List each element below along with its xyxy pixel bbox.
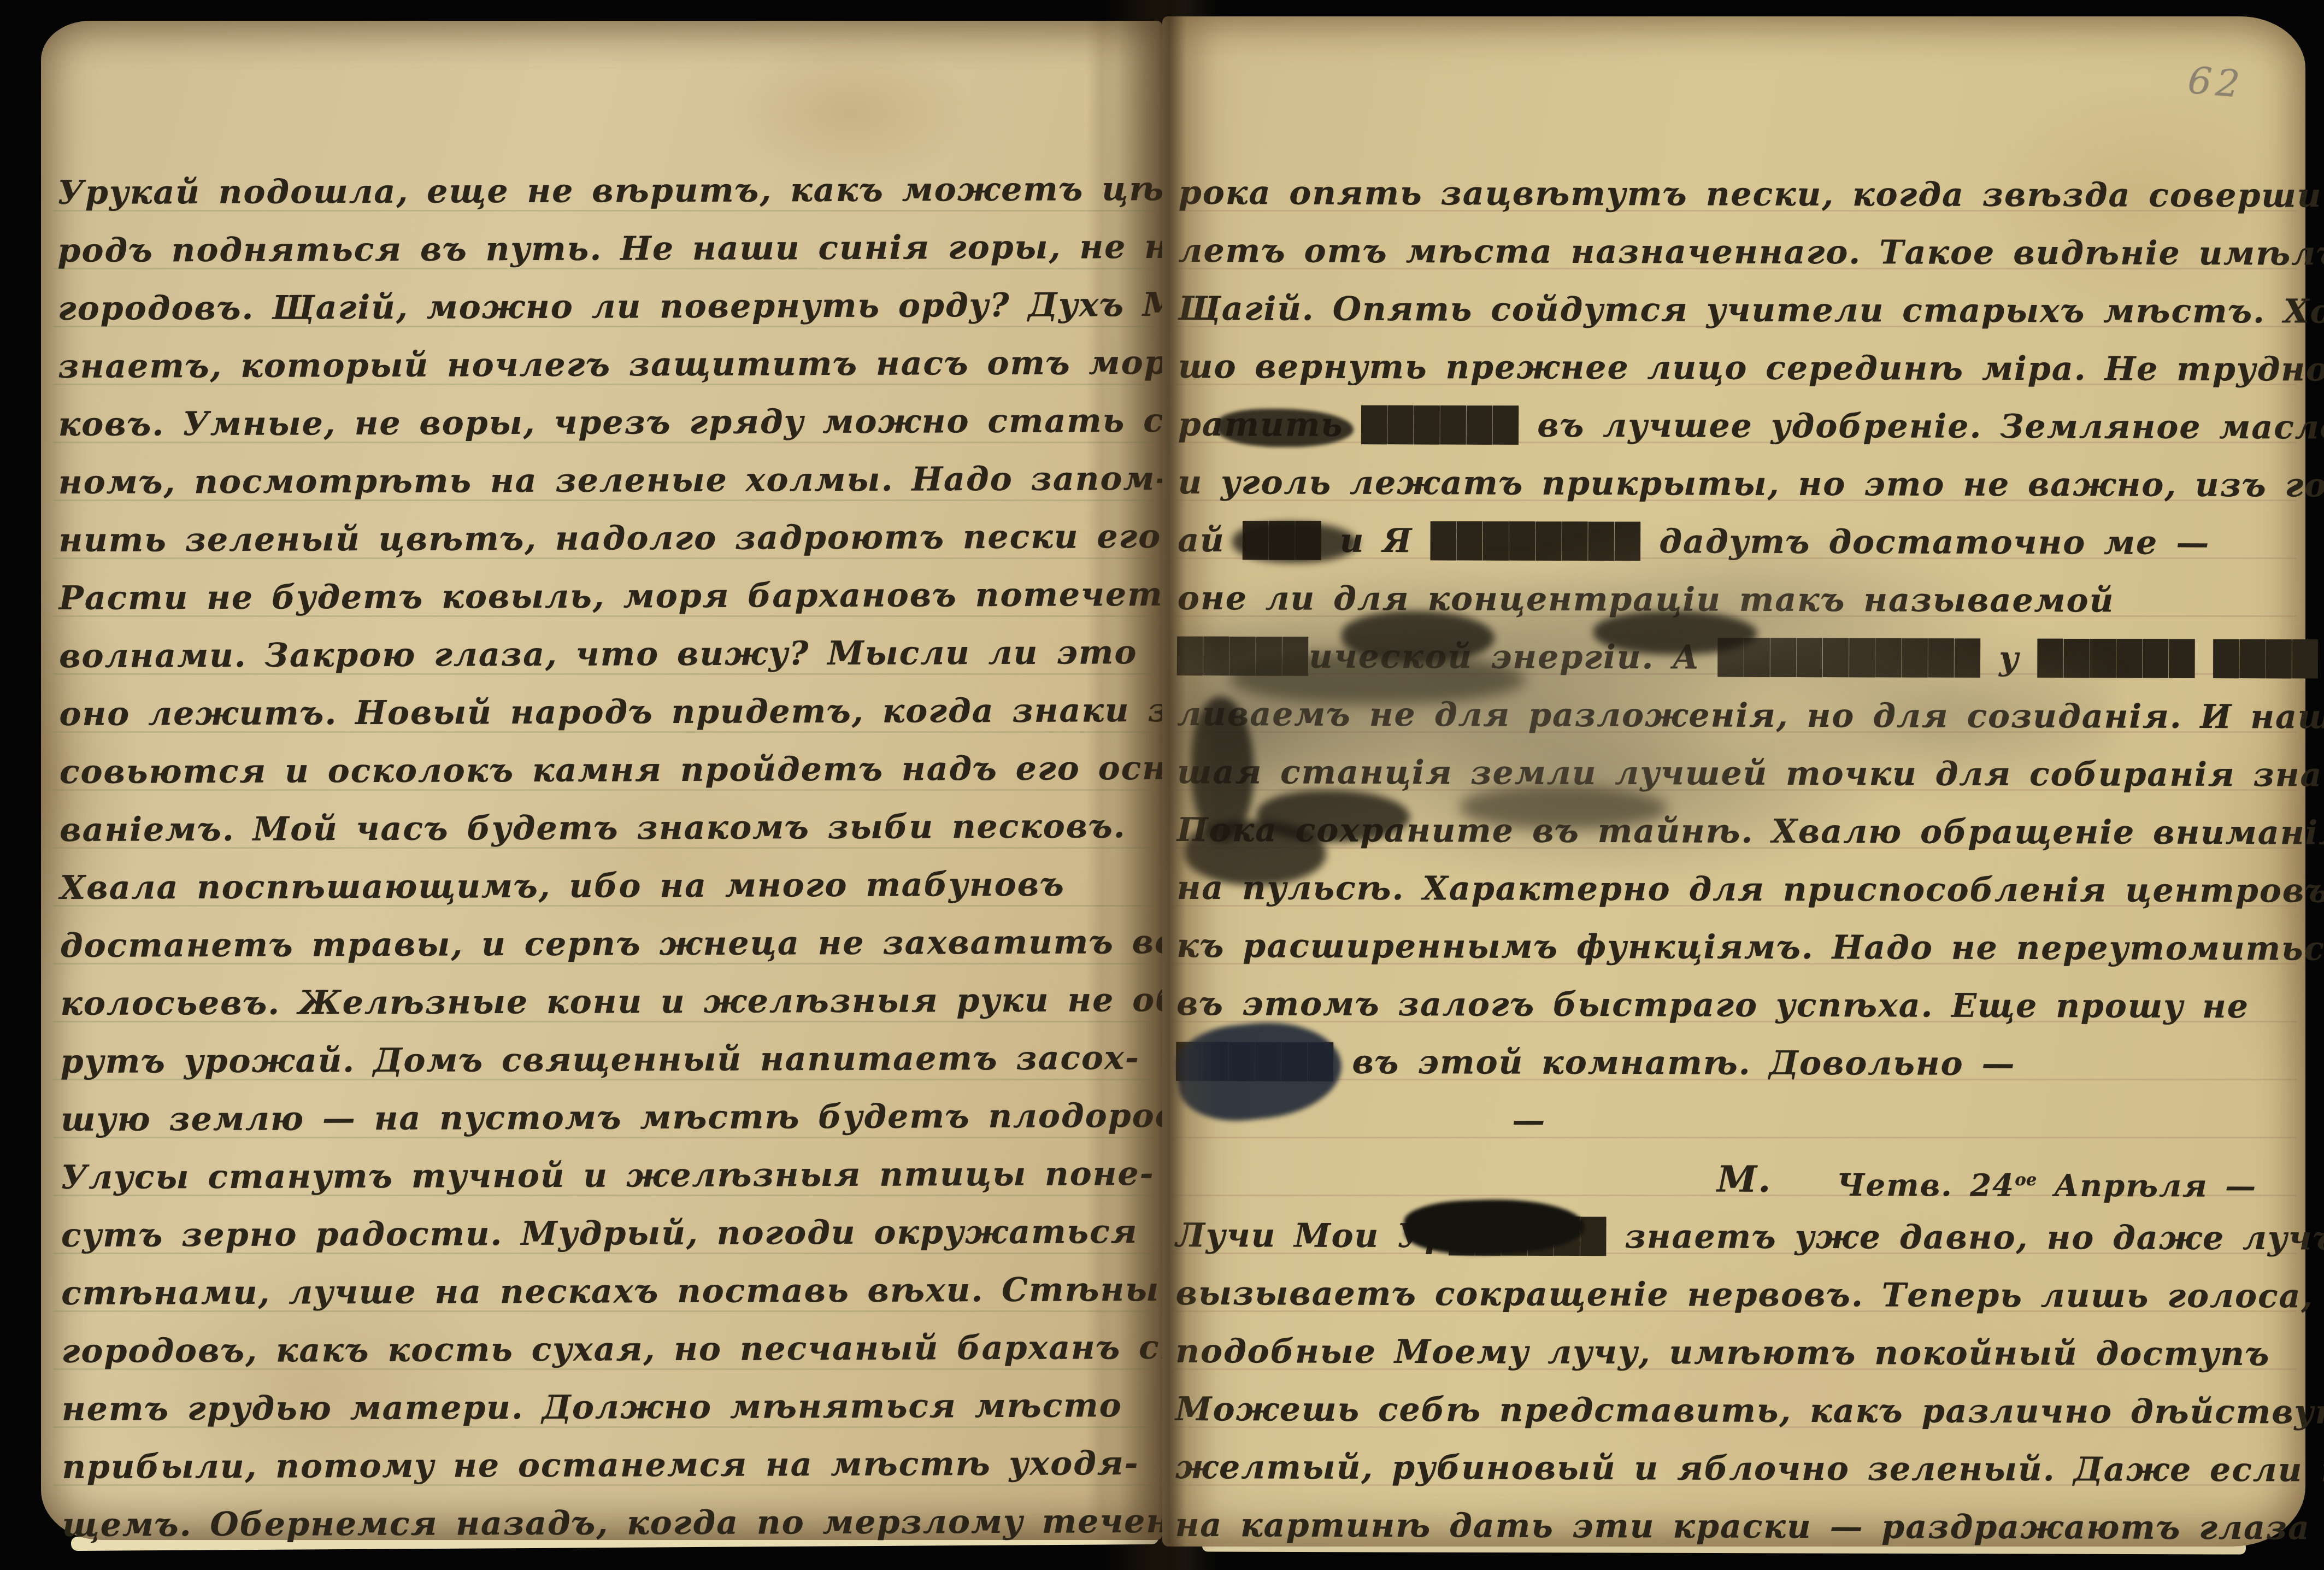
ink-blob (1232, 522, 1358, 563)
manuscript-line: вызываетъ сокращеніе нервовъ. Теперь лиш… (1175, 1265, 2294, 1325)
manuscript-line: Урукай подошла, еще не вѣритъ, какъ може… (57, 160, 1155, 222)
manuscript-line: къ расширеннымъ функціямъ. Надо не переу… (1176, 917, 2296, 978)
manuscript-line: щемъ. Обернемся назадъ, когда по мерзлом… (62, 1492, 1160, 1554)
manuscript-line: Расти не будетъ ковыль, моря бархановъ п… (59, 566, 1156, 627)
manuscript-line: оно лежитъ. Новый народъ придетъ, когда … (59, 681, 1156, 743)
manuscript-line: въ этомъ залогъ быстраго успѣха. Еще про… (1176, 975, 2296, 1036)
manuscript-line: знаетъ, который ночлегъ защититъ насъ от… (58, 334, 1155, 396)
right-page: рока опять зацвѣтутъ пески, когда звѣзда… (1162, 16, 2305, 1547)
manuscript-line: достанетъ травы, и серпъ жнеца не захват… (60, 913, 1157, 975)
manuscript-line: родъ подняться въ путь. Не наши синія го… (57, 218, 1155, 280)
ink-blob (1460, 786, 1668, 830)
ink-blob (1231, 652, 1526, 704)
manuscript-line: летъ отъ мѣста назначеннаго. Такое видѣн… (1178, 222, 2297, 283)
notebook-scan: Урукай подошла, еще не вѣритъ, какъ може… (0, 0, 2324, 1570)
manuscript-line: на картинѣ дать эти краски — раздражаютъ… (1175, 1496, 2294, 1557)
manuscript-line: и уголь лежатъ прикрыты, но это не важно… (1178, 454, 2297, 514)
manuscript-line: желтый, рубиновый и яблочно зеленый. Даж… (1175, 1438, 2294, 1499)
signature-and-date-row: М. Четв. 24ое Апрѣля — (1176, 1149, 2295, 1209)
manuscript-line: Лучи Мои Ур██████ знаетъ уже давно, но д… (1176, 1207, 2295, 1267)
entry-separator: — (1176, 1091, 2295, 1151)
entry-date: Четв. 24ое Апрѣля — (1837, 1150, 2257, 1215)
manuscript-line: городовъ. Щагій, можно ли повернуть орду… (58, 276, 1155, 338)
manuscript-line: колосьевъ. Желѣзные кони и желѣзныя руки… (60, 971, 1157, 1033)
manuscript-line: ██████ въ этой комнатѣ. Довольно — (1176, 1033, 2296, 1093)
signature-m: М. (1717, 1158, 1772, 1201)
manuscript-line: Улусы станутъ тучной и желѣзныя птицы по… (61, 1145, 1158, 1207)
manuscript-line: нить зеленый цвѣтъ, надолго задроютъ пес… (58, 508, 1156, 569)
left-page-text: Урукай подошла, еще не вѣритъ, какъ може… (57, 160, 1160, 1554)
page-number: 62 (2186, 59, 2246, 107)
manuscript-line: шую землю — на пустомъ мѣстѣ будетъ плод… (61, 1087, 1158, 1149)
left-page: Урукай подошла, еще не вѣритъ, какъ може… (41, 21, 1162, 1540)
manuscript-line: волнами. Закрою глаза, что вижу? Мысли л… (59, 624, 1156, 685)
manuscript-line: прибыли, потому не останемся на мѣстѣ ух… (62, 1434, 1159, 1496)
manuscript-line: нетъ грудью матери. Должно мѣняться мѣст… (62, 1377, 1159, 1438)
manuscript-line: сутъ зерно радости. Мудрый, погоди окруж… (61, 1203, 1158, 1265)
manuscript-line: Щагій. Опять сойдутся учители старыхъ мѣ… (1178, 280, 2297, 340)
manuscript-line: ковъ. Умные, не воры, чрезъ гряду можно … (58, 392, 1155, 454)
manuscript-line: номъ, посмотрѣть на зеленые холмы. Надо … (58, 450, 1156, 511)
manuscript-line: совьются и осколокъ камня пройдетъ надъ … (60, 739, 1157, 801)
manuscript-line: ваніемъ. Мой часъ будетъ знакомъ зыби пе… (60, 797, 1157, 859)
manuscript-line: шо вернуть прежнее лицо серединѣ міра. Н… (1178, 338, 2297, 398)
manuscript-line: подобные Моему лучу, имѣютъ покойный дос… (1175, 1322, 2294, 1383)
manuscript-line: Можешь себѣ представить, какъ различно д… (1175, 1380, 2294, 1441)
manuscript-line: рутъ урожай. Домъ священный напитаетъ за… (61, 1029, 1158, 1091)
ink-blob (1593, 611, 1757, 655)
manuscript-line: городовъ, какъ кость сухая, но песчаный … (61, 1319, 1158, 1380)
manuscript-line: рока опять зацвѣтутъ пески, когда звѣзда… (1179, 164, 2298, 225)
manuscript-line: стѣнами, лучше на пескахъ поставь вѣхи. … (61, 1261, 1158, 1322)
binding-gutter-shadow (1104, 0, 1246, 1570)
manuscript-line: Хвала поспѣшающимъ, ибо на много табунов… (60, 855, 1157, 917)
